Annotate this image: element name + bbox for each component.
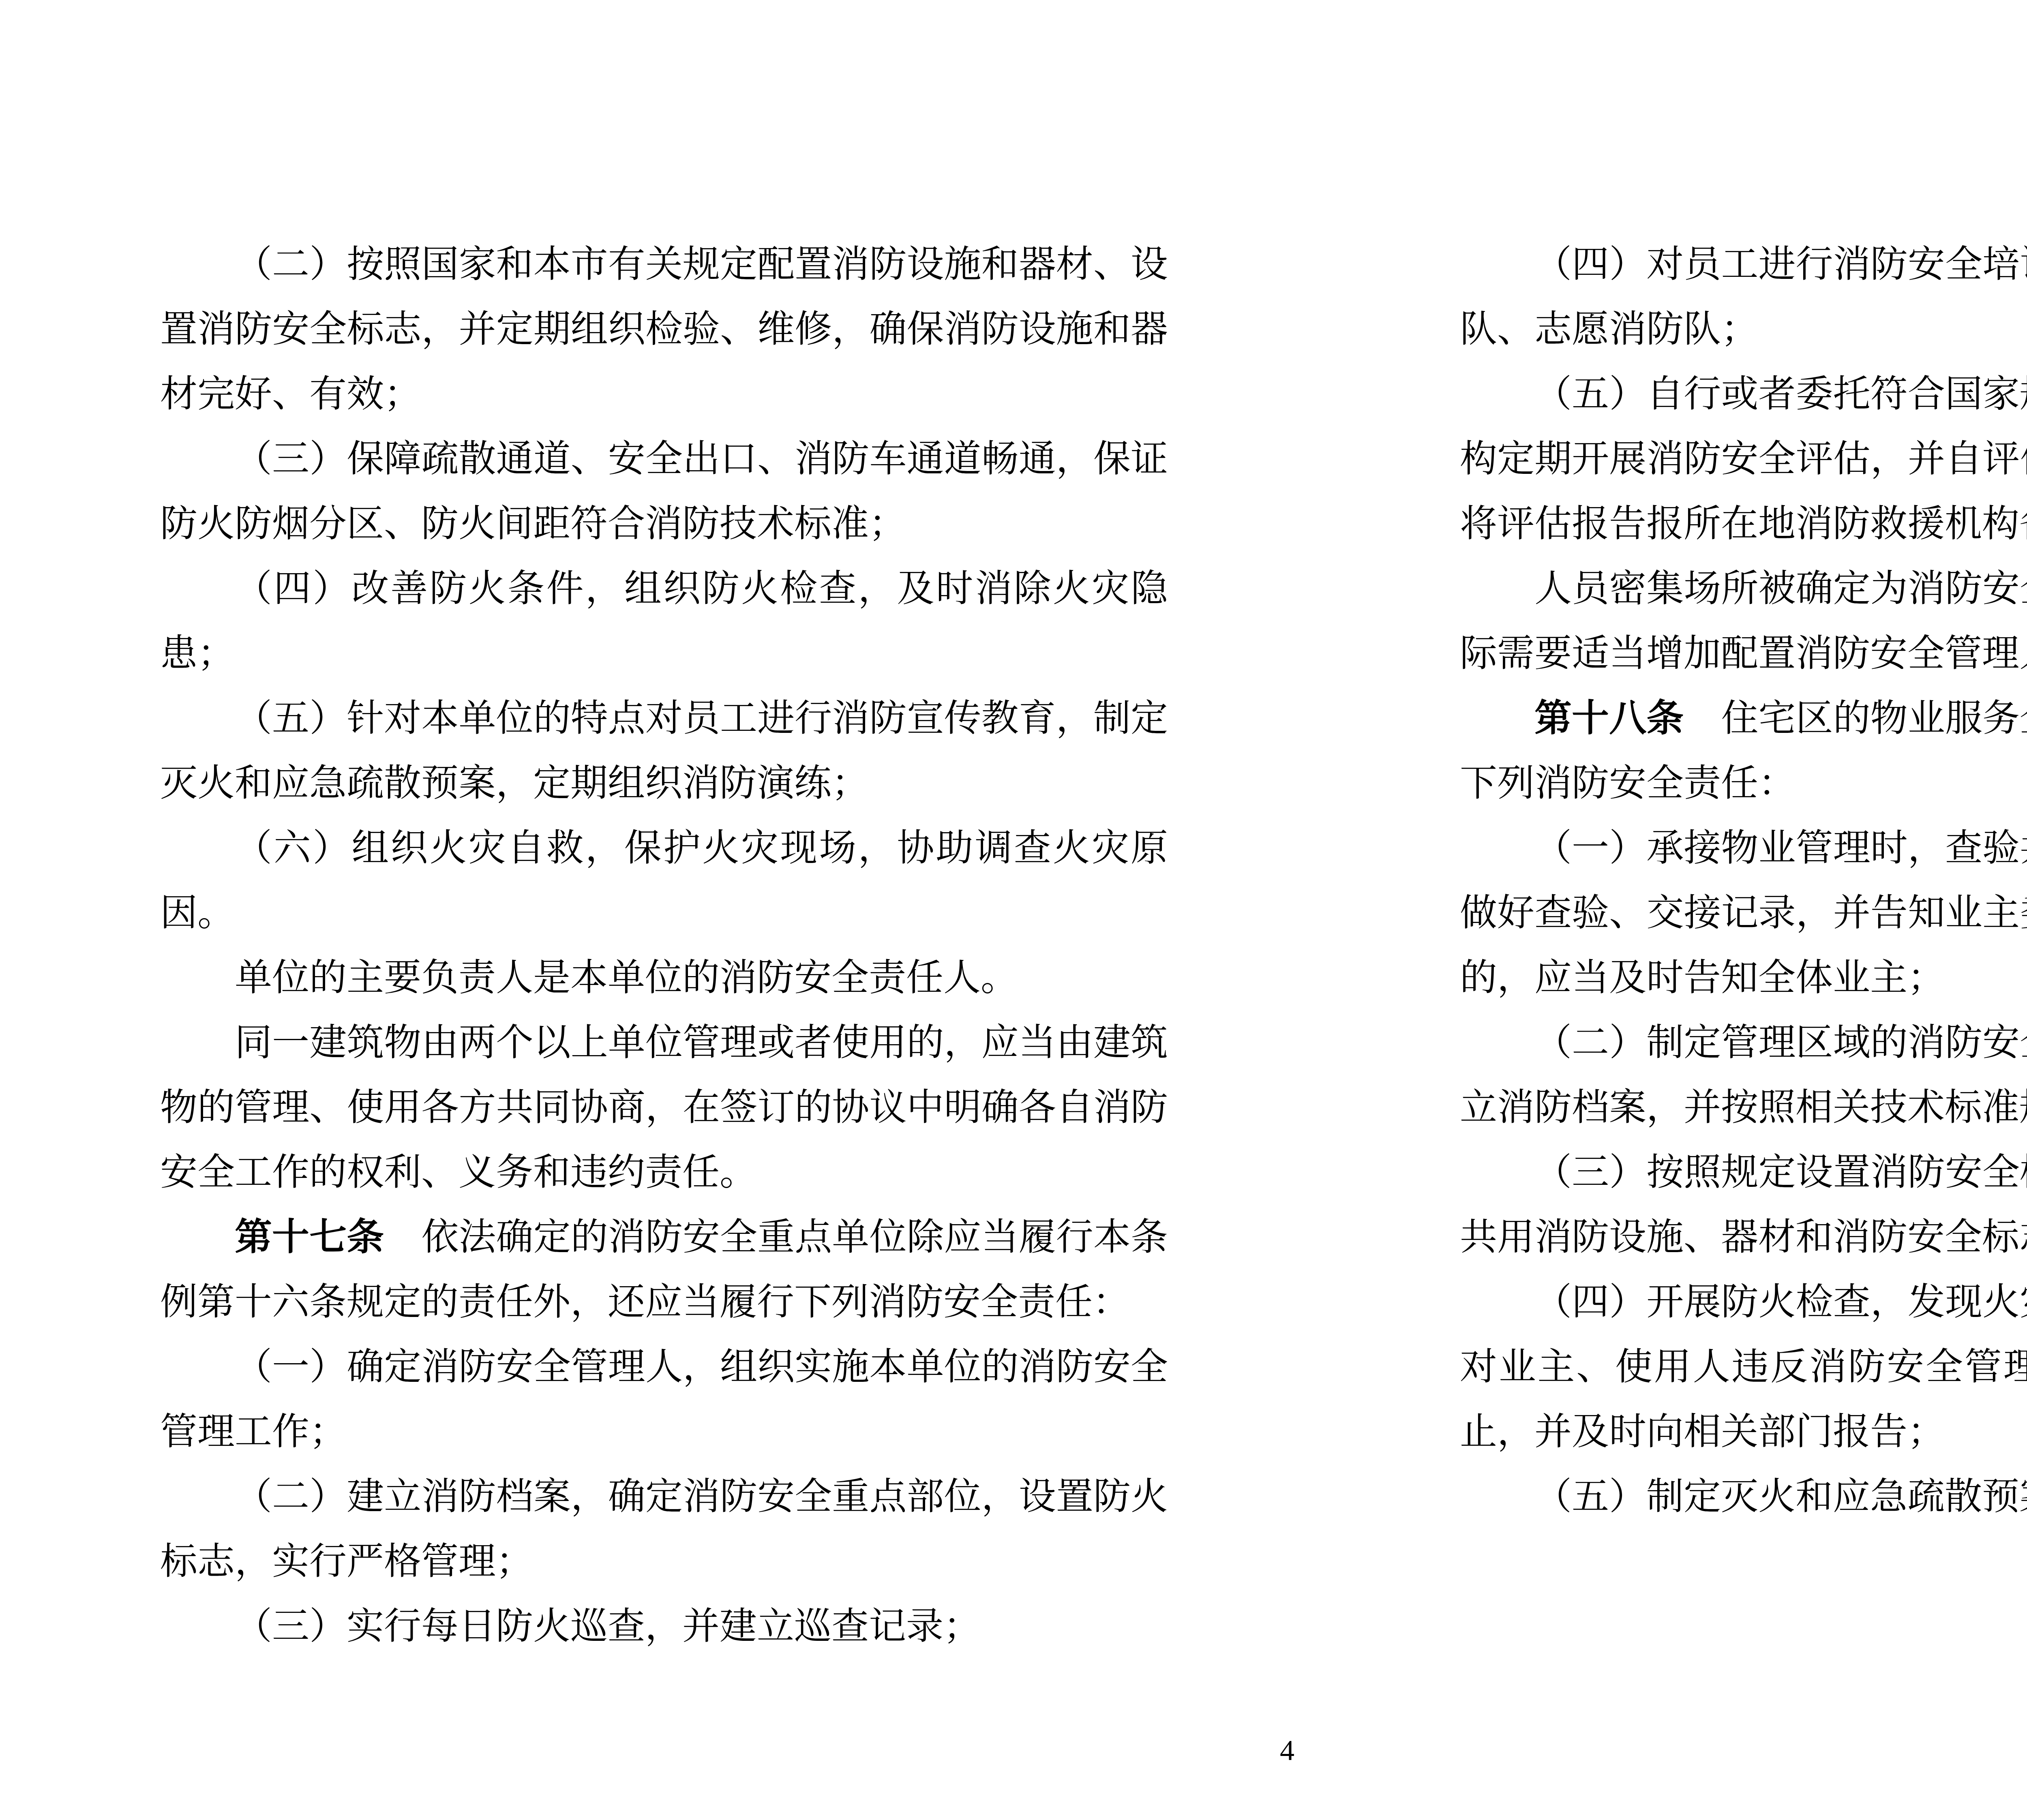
text-line: （四）对员工进行消防安全培训，管理本单位的专职消防 — [1460, 232, 2027, 297]
paragraph: 人员密集场所被确定为消防安全重点单位的，应当根据实际需要适当增加配置消防安全管理… — [1460, 556, 2027, 686]
paragraph: （三）实行每日防火巡查，并建立巡查记录； — [160, 1594, 1168, 1659]
text-line: （一）承接物业管理时，查验共用消防设施的完好状况， — [1460, 816, 2027, 880]
paragraph: 第十八条 住宅区的物业服务企业应当在管理区域内履行下列消防安全责任： — [1460, 686, 2027, 816]
text-line: （一）确定消防安全管理人，组织实施本单位的消防安全 — [160, 1334, 1168, 1399]
text-line: 单位的主要负责人是本单位的消防安全责任人。 — [160, 945, 1168, 1010]
paragraph: （四）改善防火条件，组织防火检查，及时消除火灾隐患； — [160, 556, 1168, 686]
text-line: 安全工作的权利、义务和违约责任。 — [160, 1140, 1168, 1205]
paragraph: 第十七条 依法确定的消防安全重点单位除应当履行本条例第十六条规定的责任外，还应当… — [160, 1205, 1168, 1334]
text-line: 患； — [160, 621, 1168, 686]
article-number: 第十七条 — [235, 1216, 384, 1258]
paragraph: （四）开展防火检查，发现火灾隐患及时采取相应措施，对业主、使用人违反消防安全管理… — [1460, 1270, 2027, 1464]
text-line: 人员密集场所被确定为消防安全重点单位的，应当根据实 — [1460, 556, 2027, 621]
paragraph: （一）确定消防安全管理人，组织实施本单位的消防安全管理工作； — [160, 1334, 1168, 1464]
text-line: 灭火和应急疏散预案，定期组织消防演练； — [160, 751, 1168, 816]
text-line: 际需要适当增加配置消防安全管理人员，加强消防安全管理。 — [1460, 621, 2027, 686]
text-line: 同一建筑物由两个以上单位管理或者使用的，应当由建筑 — [160, 1010, 1168, 1075]
text-line: 第十八条 住宅区的物业服务企业应当在管理区域内履行 — [1460, 686, 2027, 751]
text-line: 管理工作； — [160, 1399, 1168, 1464]
text-line: 的，应当及时告知全体业主； — [1460, 945, 2027, 1010]
paragraph: （二）建立消防档案，确定消防安全重点部位，设置防火标志，实行严格管理； — [160, 1464, 1168, 1594]
text-line: 防火防烟分区、防火间距符合消防技术标准； — [160, 491, 1168, 556]
text-line: 队、志愿消防队； — [1460, 297, 2027, 362]
paragraph: （一）承接物业管理时，查验共用消防设施的完好状况，做好查验、交接记录，并告知业主… — [1460, 816, 2027, 1010]
text-line: 物的管理、使用各方共同协商，在签订的协议中明确各自消防 — [160, 1075, 1168, 1140]
article-number: 第十八条 — [1534, 698, 1684, 739]
text-line: 止，并及时向相关部门报告； — [1460, 1399, 2027, 1464]
text-line: （四）开展防火检查，发现火灾隐患及时采取相应措施， — [1460, 1270, 2027, 1334]
text-line: （五）自行或者委托符合国家规定条件的消防技术服务机 — [1460, 362, 2027, 426]
paragraph: （三）保障疏散通道、安全出口、消防车通道畅通，保证防火防烟分区、防火间距符合消防… — [160, 426, 1168, 556]
paragraph: （五）制定灭火和应急疏散预案，定期开展消防演练。 — [1460, 1464, 2027, 1529]
paragraph: （三）按照规定设置消防安全标志，定期进行管理区域内共用消防设施、器材和消防安全标… — [1460, 1140, 2027, 1270]
text-line: （四）改善防火条件，组织防火检查，及时消除火灾隐 — [160, 556, 1168, 621]
text-line: 第十七条 依法确定的消防安全重点单位除应当履行本条 — [160, 1205, 1168, 1270]
text-line: （六）组织火灾自救，保护火灾现场，协助调查火灾原 — [160, 816, 1168, 880]
text-line: 下列消防安全责任： — [1460, 751, 2027, 816]
text-line: （三）实行每日防火巡查，并建立巡查记录； — [160, 1594, 1168, 1659]
paragraph: （四）对员工进行消防安全培训，管理本单位的专职消防队、志愿消防队； — [1460, 232, 2027, 362]
text-line: （五）针对本单位的特点对员工进行消防宣传教育，制定 — [160, 686, 1168, 751]
text-line: 置消防安全标志，并定期组织检验、维修，确保消防设施和器 — [160, 297, 1168, 362]
paragraph: （六）组织火灾自救，保护火灾现场，协助调查火灾原因。 — [160, 816, 1168, 945]
page-number: 4 — [0, 1730, 2027, 1771]
text-line: 标志，实行严格管理； — [160, 1529, 1168, 1594]
paragraph: 同一建筑物由两个以上单位管理或者使用的，应当由建筑物的管理、使用各方共同协商，在… — [160, 1010, 1168, 1205]
text-line: （二）制定管理区域的消防安全管理制度、操作规程，建 — [1460, 1010, 2027, 1075]
text-line: 对业主、使用人违反消防安全管理规定的行为予以劝阻、制 — [1460, 1334, 2027, 1399]
text-line: （二）按照国家和本市有关规定配置消防设施和器材、设 — [160, 232, 1168, 297]
text-line: （五）制定灭火和应急疏散预案，定期开展消防演练。 — [1460, 1464, 2027, 1529]
text-line: 做好查验、交接记录，并告知业主委员会；未成立业主委员会 — [1460, 880, 2027, 945]
document-page: （二）按照国家和本市有关规定配置消防设施和器材、设置消防安全标志，并定期组织检验… — [0, 0, 2027, 1820]
text-column-left: （二）按照国家和本市有关规定配置消防设施和器材、设置消防安全标志，并定期组织检验… — [160, 232, 1168, 1659]
text-line: 例第十六条规定的责任外，还应当履行下列消防安全责任： — [160, 1270, 1168, 1334]
text-line: 立消防档案，并按照相关技术标准规范记载消防档案内容； — [1460, 1075, 2027, 1140]
text-column-right: （四）对员工进行消防安全培训，管理本单位的专职消防队、志愿消防队；（五）自行或者… — [1460, 232, 2027, 1529]
paragraph: （五）针对本单位的特点对员工进行消防宣传教育，制定灭火和应急疏散预案，定期组织消… — [160, 686, 1168, 816]
paragraph: （五）自行或者委托符合国家规定条件的消防技术服务机构定期开展消防安全评估，并自评… — [1460, 362, 2027, 556]
paragraph: （二）制定管理区域的消防安全管理制度、操作规程，建立消防档案，并按照相关技术标准… — [1460, 1010, 2027, 1140]
text-line: （二）建立消防档案，确定消防安全重点部位，设置防火 — [160, 1464, 1168, 1529]
paragraph: （二）按照国家和本市有关规定配置消防设施和器材、设置消防安全标志，并定期组织检验… — [160, 232, 1168, 426]
text-line: 将评估报告报所在地消防救援机构备案。 — [1460, 491, 2027, 556]
text-line: 共用消防设施、器材和消防安全标志的维护管理； — [1460, 1205, 2027, 1270]
text-line: 材完好、有效； — [160, 362, 1168, 426]
paragraph: 单位的主要负责人是本单位的消防安全责任人。 — [160, 945, 1168, 1010]
text-line: （三）按照规定设置消防安全标志，定期进行管理区域内 — [1460, 1140, 2027, 1205]
text-line: （三）保障疏散通道、安全出口、消防车通道畅通，保证 — [160, 426, 1168, 491]
text-line: 构定期开展消防安全评估，并自评估完成之日起五个工作日内 — [1460, 426, 2027, 491]
text-line: 因。 — [160, 880, 1168, 945]
